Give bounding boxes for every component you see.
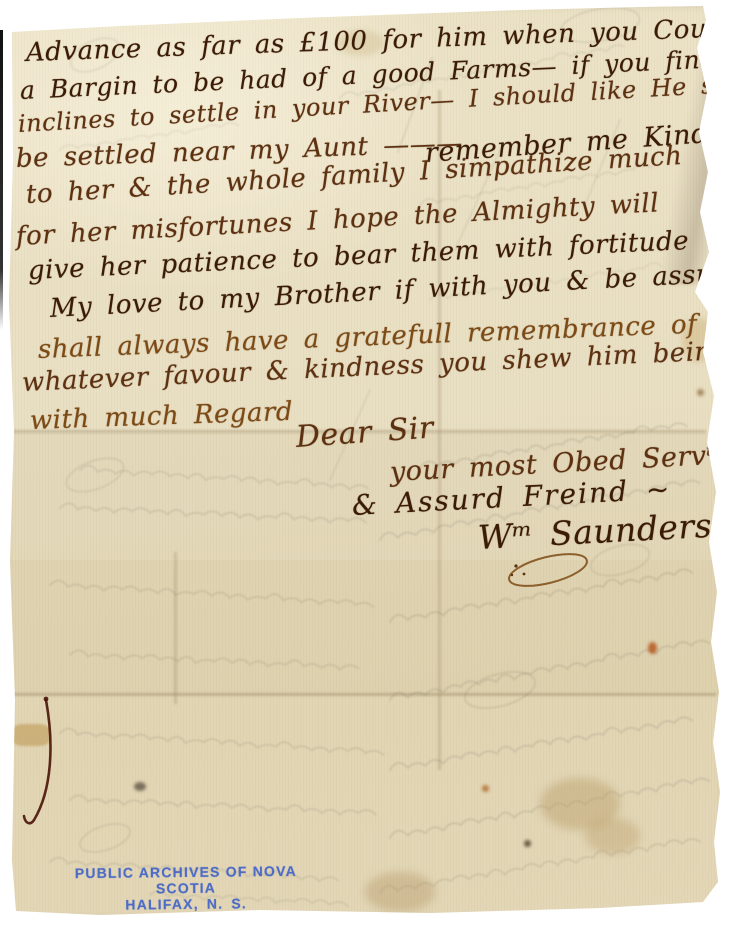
stain [524, 840, 531, 847]
fold-crease-vertical [438, 90, 441, 770]
scan-background: Advance as far as £100 for him when you … [0, 0, 732, 925]
stamp-line-2: HALIFAX, N. S. [48, 895, 324, 914]
paper-mid-tone [0, 560, 732, 695]
stain [585, 818, 640, 854]
fold-crease-horizontal-lower [10, 693, 716, 696]
stain [365, 872, 435, 912]
stain [697, 389, 704, 396]
scanner-edge-artifact [0, 30, 3, 330]
stain [540, 778, 620, 830]
letter-page: Advance as far as £100 for him when you … [0, 0, 732, 925]
letter-salutation: Dear Sir [295, 410, 435, 455]
stamp-line-1: PUBLIC ARCHIVES OF NOVA SCOTIA [48, 863, 324, 898]
stain [12, 724, 50, 746]
letter-line: with much Regard [29, 397, 293, 436]
stain [134, 782, 146, 791]
archives-stamp: PUBLIC ARCHIVES OF NOVA SCOTIA HALIFAX, … [48, 863, 324, 914]
fold-crease-vertical-left [174, 552, 177, 704]
stain [482, 785, 489, 792]
stain [648, 642, 657, 654]
